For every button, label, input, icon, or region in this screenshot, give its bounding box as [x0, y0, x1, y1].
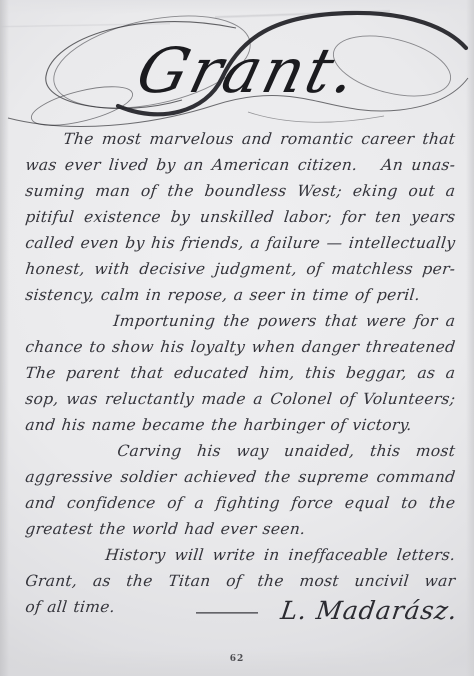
page-title: Grant. [130, 35, 367, 107]
text-line: History will write in ineffaceable lette… [24, 542, 457, 568]
text-line: Importuning the powers that were for a [24, 308, 457, 334]
signature-block: — L. Madarász. [193, 596, 458, 625]
title-block: Grant. [0, 0, 474, 134]
text-line: and confidence of a fighting force equal… [24, 490, 457, 516]
title-flourish: Grant. [0, 0, 474, 134]
text-line: Grant, as the Titan of the most uncivil … [24, 568, 457, 594]
text-line: suming man of the boundless West; eking … [24, 178, 457, 204]
text-line: greatest the world had ever seen. [24, 516, 457, 542]
text-line: The most marvelous and romantic career t… [24, 126, 457, 152]
body-text: The most marvelous and romantic career t… [24, 126, 454, 620]
page-number: 62 [0, 654, 474, 664]
scanned-page: Grant. The most marvelous and romantic c… [0, 0, 474, 676]
signature-dash: — [193, 599, 261, 623]
text-line: and his name became the harbinger of vic… [24, 412, 457, 438]
text-line: chance to show his loyalty when danger t… [24, 334, 457, 360]
text-line: The parent that educated him, this begga… [24, 360, 457, 386]
text-line: Carving his way unaided, this most [24, 438, 457, 464]
text-line: aggressive soldier achieved the supreme … [24, 464, 457, 490]
text-line: sistency, calm in repose, a seer in time… [24, 282, 457, 308]
signature: L. Madarász. [279, 596, 460, 625]
text-line: sop, was reluctantly made a Colonel of V… [24, 386, 457, 412]
text-line: was ever lived by an American citizen. A… [24, 152, 457, 178]
text-line: called even by his friends, a failure — … [24, 230, 457, 256]
text-line: pitiful existence by unskilled labor; fo… [24, 204, 457, 230]
text-line: honest, with decisive judgment, of match… [24, 256, 457, 282]
